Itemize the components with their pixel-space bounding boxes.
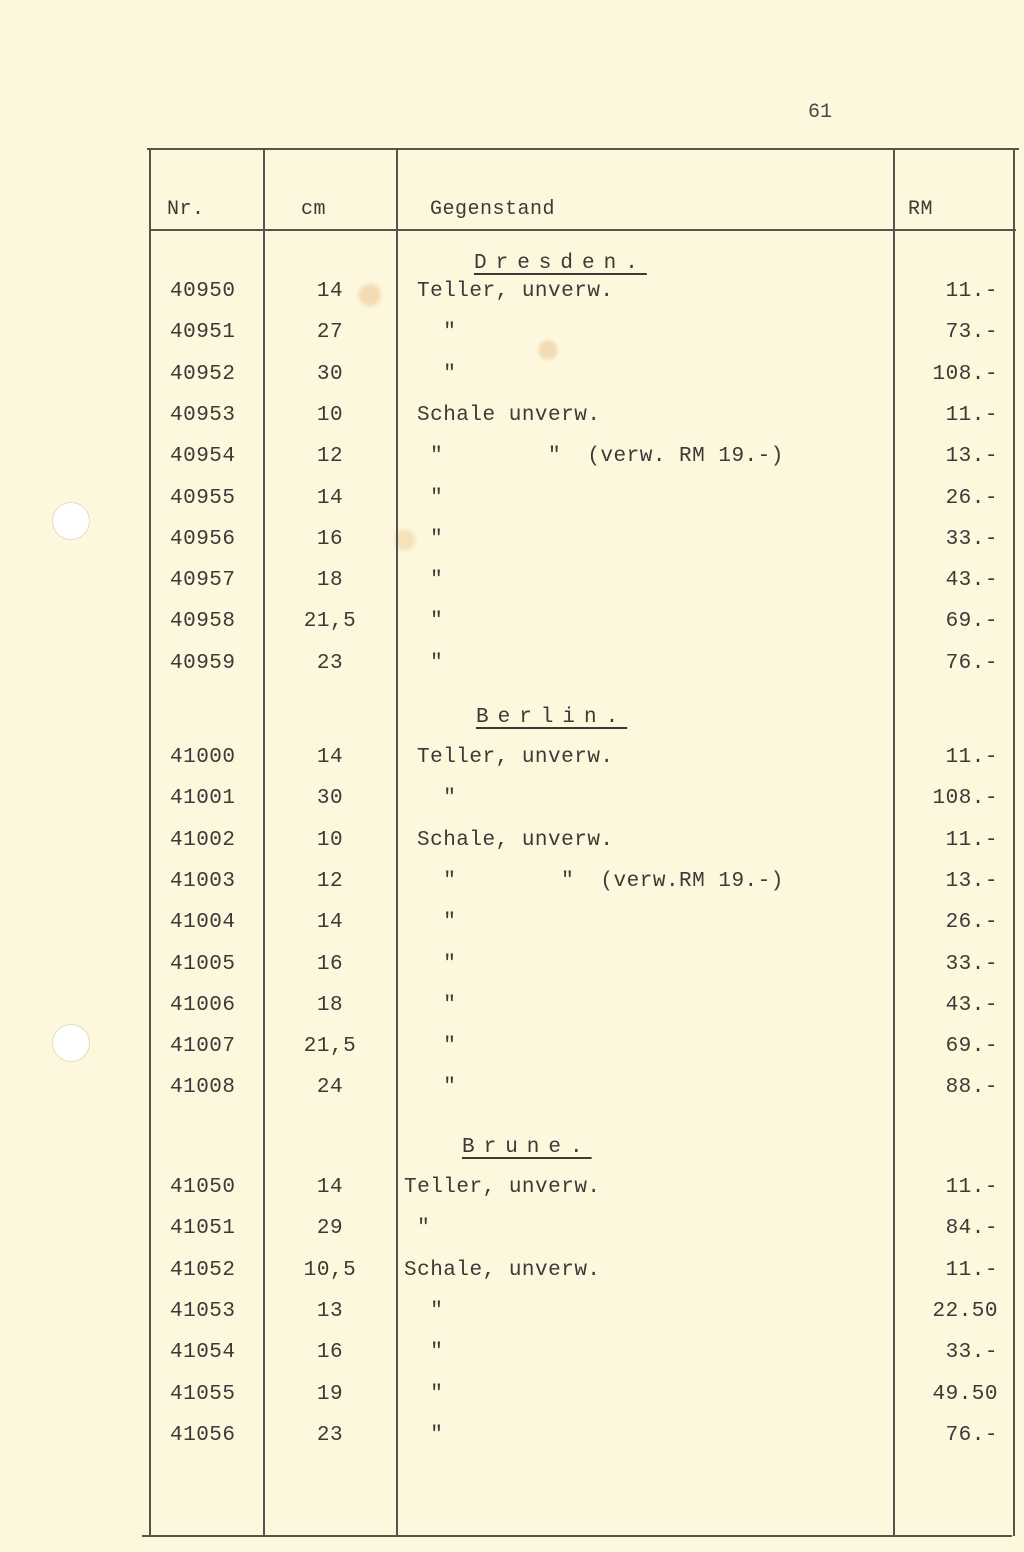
item-price-rm: 13.-: [946, 445, 998, 469]
item-size-cm: 21,5: [285, 610, 375, 634]
item-number: 41053: [170, 1300, 236, 1324]
item-price-rm: 108.-: [932, 363, 998, 387]
table-left-rule: [149, 148, 151, 1536]
item-size-cm: 14: [285, 280, 375, 304]
item-size-cm: 23: [285, 652, 375, 676]
item-number: 41008: [170, 1076, 236, 1100]
item-description: ": [417, 610, 443, 634]
item-price-rm: 11.-: [946, 1259, 998, 1283]
item-size-cm: 21,5: [285, 1035, 375, 1059]
item-size-cm: 16: [285, 1341, 375, 1365]
punch-hole-icon: [52, 502, 90, 540]
item-description: ": [417, 652, 443, 676]
item-number: 41054: [170, 1341, 236, 1365]
item-description: ": [417, 321, 456, 345]
item-description: ": [417, 528, 443, 552]
item-number: 40951: [170, 321, 236, 345]
item-number: 41005: [170, 953, 236, 977]
section-title: Berlin.: [476, 706, 627, 729]
item-price-rm: 13.-: [946, 870, 998, 894]
item-number: 41002: [170, 829, 236, 853]
item-number: 41051: [170, 1217, 236, 1241]
punch-hole-icon: [52, 1024, 90, 1062]
item-price-rm: 11.-: [946, 829, 998, 853]
section-title: Brune.: [462, 1136, 592, 1159]
item-price-rm: 43.-: [946, 569, 998, 593]
item-price-rm: 26.-: [946, 911, 998, 935]
item-number: 40958: [170, 610, 236, 634]
item-price-rm: 49.50: [932, 1383, 998, 1407]
item-number: 40955: [170, 487, 236, 511]
item-number: 41050: [170, 1176, 236, 1200]
item-size-cm: 10,5: [285, 1259, 375, 1283]
item-size-cm: 27: [285, 321, 375, 345]
column-rule-cm-gegenstand: [396, 148, 398, 1536]
item-price-rm: 11.-: [946, 1176, 998, 1200]
item-size-cm: 30: [285, 363, 375, 387]
item-number: 40952: [170, 363, 236, 387]
item-price-rm: 69.-: [946, 1035, 998, 1059]
item-description: Schale, unverw.: [417, 829, 614, 853]
item-size-cm: 12: [285, 870, 375, 894]
item-description: ": [417, 569, 443, 593]
item-description: ": [404, 1300, 443, 1324]
item-price-rm: 11.-: [946, 404, 998, 428]
item-price-rm: 11.-: [946, 280, 998, 304]
item-size-cm: 14: [285, 1176, 375, 1200]
item-number: 40956: [170, 528, 236, 552]
item-description: ": [404, 1217, 430, 1241]
item-price-rm: 73.-: [946, 321, 998, 345]
item-number: 41006: [170, 994, 236, 1018]
item-price-rm: 22.50: [932, 1300, 998, 1324]
item-number: 41056: [170, 1424, 236, 1448]
header-nr: Nr.: [167, 198, 205, 222]
table-right-rule: [1013, 148, 1015, 1536]
item-price-rm: 69.-: [946, 610, 998, 634]
item-price-rm: 26.-: [946, 487, 998, 511]
item-description: ": [417, 911, 456, 935]
item-size-cm: 23: [285, 1424, 375, 1448]
item-number: 41000: [170, 746, 236, 770]
item-description: Schale unverw.: [417, 404, 600, 428]
header-bottom-rule: [150, 229, 1016, 231]
page-number: 61: [808, 101, 832, 124]
item-description: ": [404, 1424, 443, 1448]
item-size-cm: 18: [285, 569, 375, 593]
item-number: 40950: [170, 280, 236, 304]
item-number: 40959: [170, 652, 236, 676]
table-top-rule: [147, 148, 1019, 150]
item-price-rm: 84.-: [946, 1217, 998, 1241]
item-size-cm: 12: [285, 445, 375, 469]
item-size-cm: 16: [285, 528, 375, 552]
item-description: ": [417, 1035, 456, 1059]
item-description: Teller, unverw.: [404, 1176, 601, 1200]
item-description: Teller, unverw.: [417, 746, 614, 770]
item-size-cm: 10: [285, 404, 375, 428]
item-price-rm: 76.-: [946, 1424, 998, 1448]
item-size-cm: 24: [285, 1076, 375, 1100]
item-number: 41055: [170, 1383, 236, 1407]
item-price-rm: 76.-: [946, 652, 998, 676]
item-number: 40953: [170, 404, 236, 428]
table-bottom-rule: [142, 1535, 1012, 1537]
header-rm: RM: [908, 198, 933, 222]
item-size-cm: 13: [285, 1300, 375, 1324]
header-cm: cm: [301, 198, 326, 222]
item-description: ": [417, 994, 456, 1018]
item-number: 41001: [170, 787, 236, 811]
header-gegenstand: Gegenstand: [430, 198, 555, 222]
item-price-rm: 108.-: [932, 787, 998, 811]
item-description: ": [417, 787, 456, 811]
column-rule-nr-cm: [263, 148, 265, 1536]
item-size-cm: 10: [285, 829, 375, 853]
item-description: Teller, unverw.: [417, 280, 614, 304]
column-rule-gegenstand-rm: [893, 148, 895, 1536]
item-price-rm: 33.-: [946, 1341, 998, 1365]
item-size-cm: 30: [285, 787, 375, 811]
item-description: " " (verw.RM 19.-): [417, 870, 784, 894]
item-size-cm: 18: [285, 994, 375, 1018]
item-description: ": [417, 953, 456, 977]
item-size-cm: 14: [285, 487, 375, 511]
item-description: ": [417, 363, 456, 387]
item-size-cm: 14: [285, 746, 375, 770]
item-description: " " (verw. RM 19.-): [417, 445, 784, 469]
item-size-cm: 16: [285, 953, 375, 977]
item-size-cm: 14: [285, 911, 375, 935]
item-number: 40954: [170, 445, 236, 469]
item-number: 41003: [170, 870, 236, 894]
item-description: ": [404, 1383, 443, 1407]
item-description: Schale, unverw.: [404, 1259, 601, 1283]
item-number: 41052: [170, 1259, 236, 1283]
item-number: 41007: [170, 1035, 236, 1059]
item-price-rm: 43.-: [946, 994, 998, 1018]
item-number: 41004: [170, 911, 236, 935]
item-price-rm: 88.-: [946, 1076, 998, 1100]
item-price-rm: 33.-: [946, 953, 998, 977]
item-number: 40957: [170, 569, 236, 593]
item-price-rm: 11.-: [946, 746, 998, 770]
paper-page: 61 Nr. cm Gegenstand RM Dresden.4095014T…: [0, 0, 1024, 1552]
section-title: Dresden.: [474, 252, 647, 275]
item-description: ": [404, 1341, 443, 1365]
item-description: ": [417, 1076, 456, 1100]
item-size-cm: 19: [285, 1383, 375, 1407]
item-description: ": [417, 487, 443, 511]
item-size-cm: 29: [285, 1217, 375, 1241]
item-price-rm: 33.-: [946, 528, 998, 552]
